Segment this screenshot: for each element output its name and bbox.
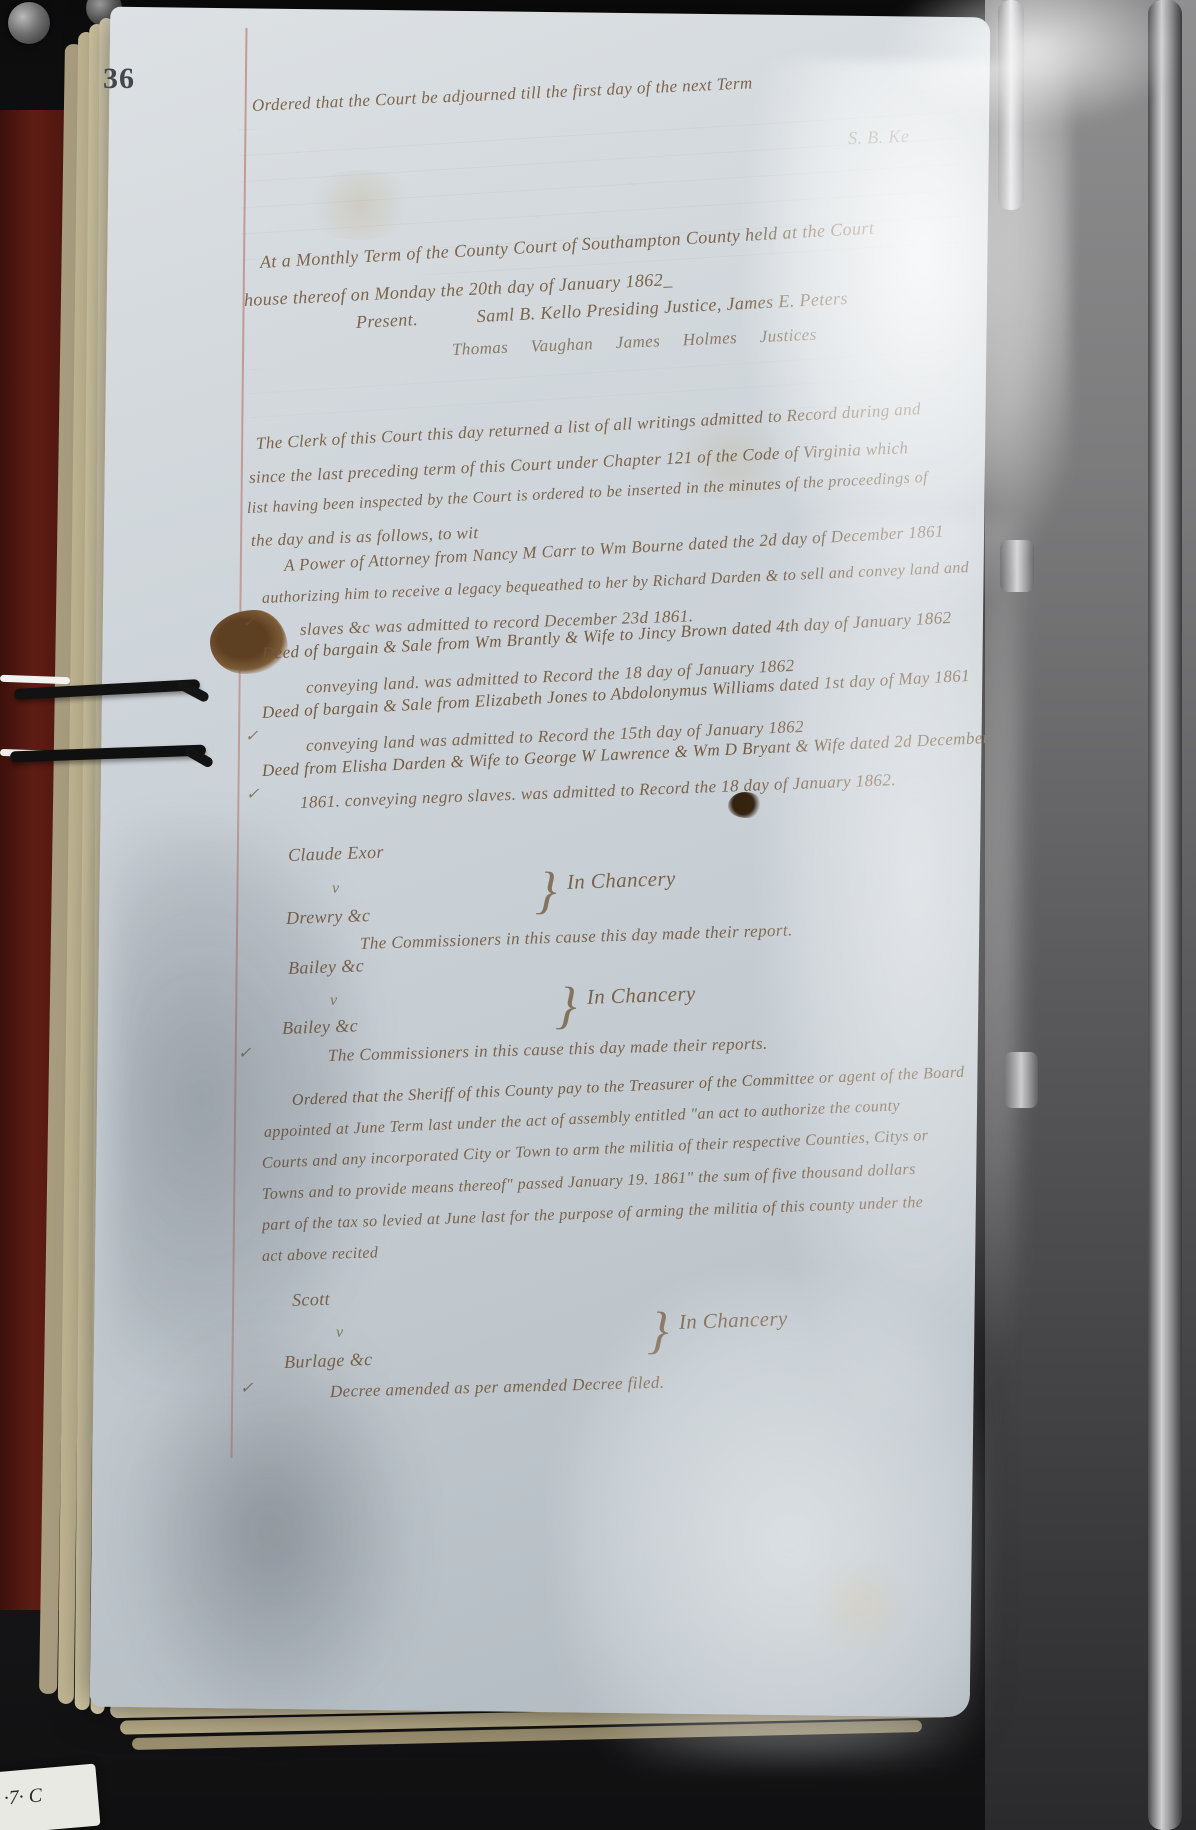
binder-ring-rod [0, 749, 62, 758]
chancery-brace-label: }In Chancery [555, 972, 697, 1036]
brace-glyph: } [535, 861, 558, 921]
corner-tag: ·7· C [0, 1764, 101, 1830]
margin-checkmark: ✓ [242, 612, 256, 632]
page-stack-edge [91, 18, 114, 1714]
brace-glyph: } [647, 1301, 670, 1361]
page-stack-edge [75, 24, 105, 1710]
binder-screw-icon [86, 0, 122, 26]
page-stack-edge [58, 32, 94, 1704]
binder-ring-prong-tip [176, 679, 211, 704]
deed-entry-line: 1861. conveying negro slaves. was admitt… [300, 770, 897, 813]
page-number: 36 [103, 62, 135, 96]
brace-glyph: } [555, 976, 578, 1036]
chancery-party: Burlage &c [284, 1349, 373, 1373]
binder-ring-prong-tip [184, 745, 215, 769]
metal-rod [998, 0, 1024, 210]
chancery-vs: v [336, 1324, 344, 1342]
page-stack-edge [39, 44, 83, 1694]
chancery-order-text: The Commissioners in this cause this day… [328, 1034, 768, 1066]
binder-ring-prong [14, 679, 200, 700]
in-chancery-label: In Chancery [678, 1306, 788, 1334]
binder-ring-prong [10, 745, 206, 763]
term-justices-line: Thomas Vaughan James Holmes Justices [452, 325, 818, 360]
plastic-glare [880, 0, 1180, 130]
adjournment-order-line: Ordered that the Court be adjourned till… [252, 73, 753, 116]
chancery-order-text: The Commissioners in this cause this day… [360, 920, 793, 954]
margin-checkmark: ✓ [245, 726, 259, 746]
page-stack-edge-bottom [132, 1720, 922, 1750]
chancery-party: Bailey &c [282, 1015, 359, 1039]
book-spine [0, 110, 74, 1610]
page-stack-edge-bottom [110, 1686, 970, 1719]
binder-rail [985, 0, 1196, 1830]
rod-clamp [1000, 540, 1034, 592]
chancery-brace-label: }In Chancery [647, 1297, 789, 1361]
foxing-spot [300, 170, 420, 240]
chancery-party: Bailey &c [288, 955, 365, 979]
margin-checkmark: ✓ [240, 1378, 254, 1398]
margin-checkmark: ✓ [238, 1043, 252, 1063]
binder-ring-rod [0, 675, 70, 684]
plastic-glare [760, 520, 1020, 1420]
chancery-order-text: Decree amended as per amended Decree fil… [330, 1373, 665, 1402]
in-chancery-label: In Chancery [586, 981, 696, 1009]
chancery-party: Scott [292, 1289, 331, 1311]
archival-photo: 36 Ordered that the Court be adjourned t… [0, 0, 1196, 1830]
metal-rod [1148, 0, 1182, 1830]
page-stack-edge-bottom [120, 1703, 950, 1734]
corner-tag-label: ·7· C [3, 1784, 43, 1810]
chancery-party: Claude Exor [288, 842, 385, 866]
term-header-line-1: At a Monthly Term of the County Court of… [259, 218, 874, 273]
foxing-spot [800, 1560, 920, 1650]
chancery-vs: v [332, 880, 340, 898]
chancery-vs: v [330, 992, 338, 1010]
justice-signature: S. B. Ke [848, 126, 910, 149]
chancery-brace-label: }In Chancery [535, 857, 677, 921]
rod-clamp [1004, 1052, 1038, 1108]
sheriff-order-line: act above recited [262, 1244, 379, 1266]
present-label: Present. [355, 309, 418, 332]
in-chancery-label: In Chancery [566, 866, 676, 894]
margin-checkmark: ✓ [246, 784, 260, 804]
chancery-party: Drewry &c [286, 905, 371, 929]
binder-screw-icon [8, 2, 50, 44]
